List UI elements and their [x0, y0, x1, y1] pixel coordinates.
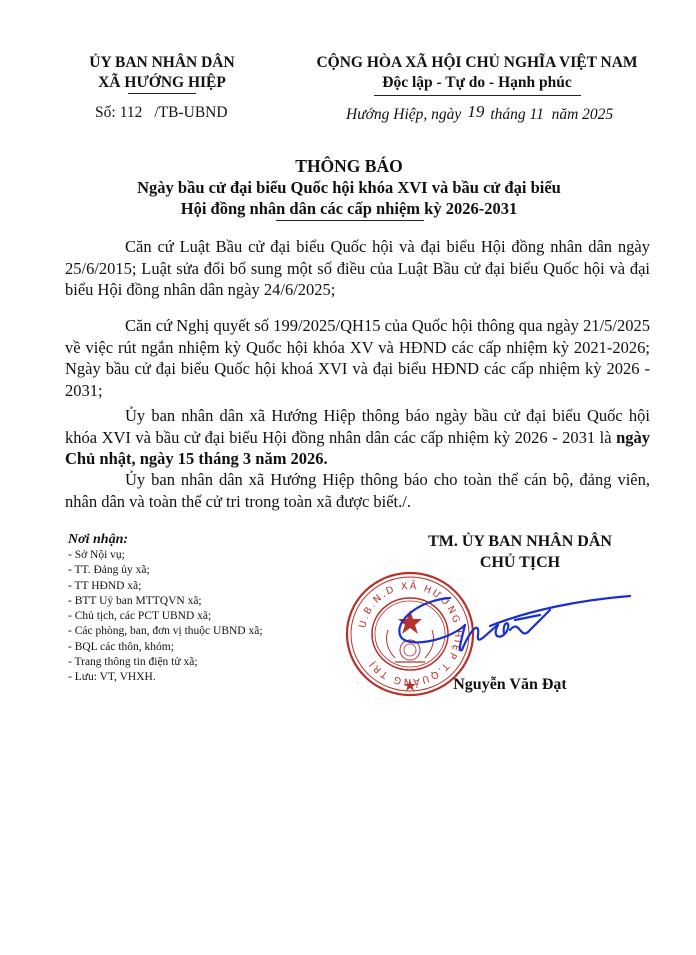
recipient-item: - TT HĐND xã; [68, 579, 338, 594]
handwritten-signature-icon [390, 590, 635, 660]
document-date: Hướng Hiệp, ngày19tháng 11 năm 2025 [346, 104, 613, 124]
paragraph-closing: Ủy ban nhân dân xã Hướng Hiệp thông báo … [65, 469, 650, 512]
recipient-item: - TT. Đảng ủy xã; [68, 563, 338, 578]
recipient-item: - Các phòng, ban, đơn vị thuộc UBND xã; [68, 624, 338, 639]
country-name: CỘNG HÒA XÃ HỘI CHỦ NGHĨA VIỆT NAM [296, 53, 658, 73]
recipient-item: - Chủ tịch, các PCT UBND xã; [68, 609, 338, 624]
paragraph-legal-basis-2: Căn cứ Nghị quyết số 199/2025/QH15 của Q… [65, 315, 650, 401]
paragraph-announcement: Ủy ban nhân dân xã Hướng Hiệp thông báo … [65, 405, 650, 470]
paragraph-text: Ủy ban nhân dân xã Hướng Hiệp thông báo … [65, 469, 650, 512]
recipients-title: Nơi nhận: [68, 531, 338, 548]
paragraph-text: Ủy ban nhân dân xã Hướng Hiệp thông báo … [65, 405, 650, 470]
document-title: THÔNG BÁO Ngày bầu cử đại biểu Quốc hội … [60, 155, 638, 219]
document-number: Số:112/TB-UBND [95, 104, 228, 122]
signature-block: TM. ỦY BAN NHÂN DÂN CHỦ TỊCH [380, 531, 660, 573]
national-motto: CỘNG HÒA XÃ HỘI CHỦ NGHĨA VIỆT NAM Độc l… [296, 53, 658, 93]
title-heading: THÔNG BÁO [60, 155, 638, 177]
date-day: 19 [467, 102, 484, 121]
number-value: 112 [120, 104, 143, 121]
authority-underline [128, 93, 196, 94]
authority-line-1: ỦY BAN NHÂN DÂN [62, 53, 262, 73]
title-subtitle-2: Hội đồng nhân dân các cấp nhiệm kỳ 2026-… [60, 198, 638, 219]
paragraph-legal-basis-1: Căn cứ Luật Bầu cử đại biểu Quốc hội và … [65, 236, 650, 301]
paragraph-text: Căn cứ Luật Bầu cử đại biểu Quốc hội và … [65, 236, 650, 301]
title-subtitle-1: Ngày bầu cử đại biểu Quốc hội khóa XVI v… [60, 177, 638, 198]
announcement-text: Ủy ban nhân dân xã Hướng Hiệp thông báo … [65, 406, 650, 447]
issuing-authority: ỦY BAN NHÂN DÂN XÃ HƯỚNG HIỆP [62, 53, 262, 93]
recipients-list: Nơi nhận: - Sở Nội vụ; - TT. Đảng ủy xã;… [68, 531, 338, 686]
date-rest: tháng 11 năm 2025 [490, 106, 613, 123]
title-underline [276, 220, 424, 221]
number-label: Số: [95, 104, 116, 121]
date-place: Hướng Hiệp, ngày [346, 106, 461, 123]
recipient-item: - Trang thông tin điện tử xã; [68, 655, 338, 670]
number-code: /TB-UBND [154, 104, 227, 121]
authority-line-2: XÃ HƯỚNG HIỆP [62, 73, 262, 93]
on-behalf-of: TM. ỦY BAN NHÂN DÂN [380, 531, 660, 552]
recipient-item: - Lưu: VT, VHXH. [68, 670, 338, 685]
paragraph-text: Căn cứ Nghị quyết số 199/2025/QH15 của Q… [65, 315, 650, 401]
signer-name: Nguyễn Văn Đạt [380, 676, 640, 694]
motto-underline [374, 95, 581, 96]
motto: Độc lập - Tự do - Hạnh phúc [296, 73, 658, 93]
recipient-item: - BTT Uỷ ban MTTQVN xã; [68, 594, 338, 609]
recipient-item: - BQL các thôn, khóm; [68, 640, 338, 655]
recipient-item: - Sở Nội vụ; [68, 548, 338, 563]
